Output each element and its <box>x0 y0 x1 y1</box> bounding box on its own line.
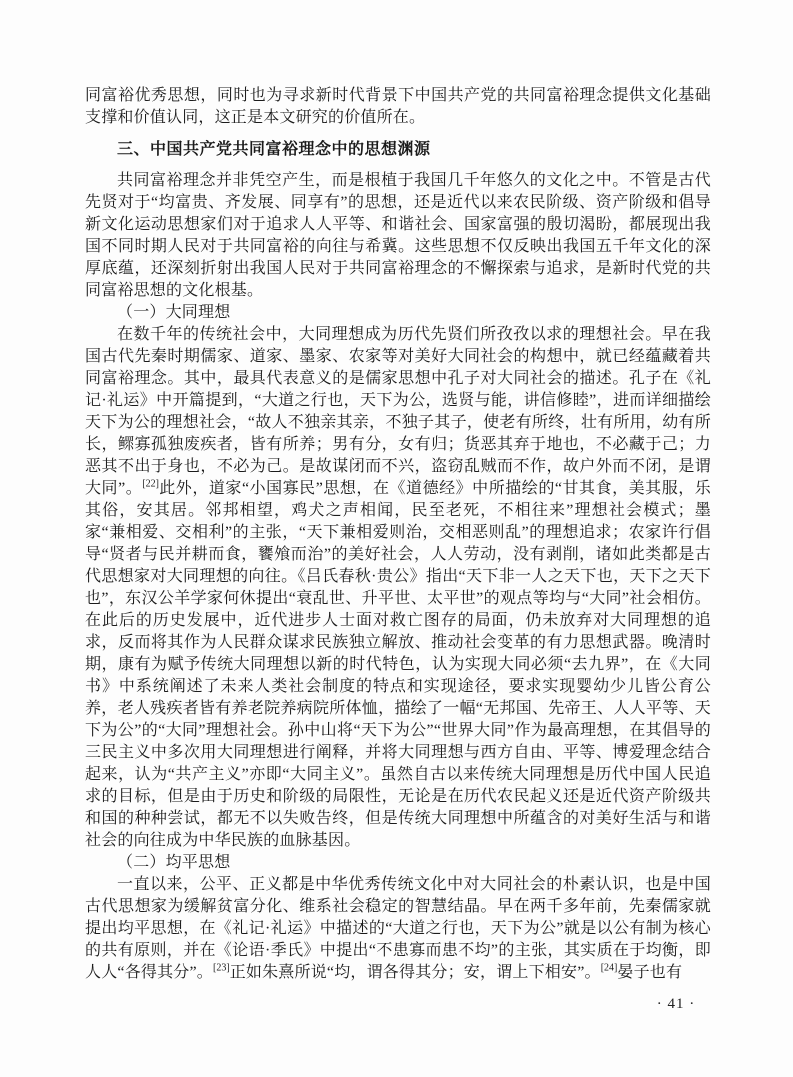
citation-ref-24: [24] <box>601 963 618 974</box>
citation-ref-23: [23] <box>213 963 230 974</box>
section-heading: 三、中国共产党共同富裕理念中的思想渊源 <box>85 139 711 161</box>
intro-paragraph: 共同富裕理念并非凭空产生，而是根植于我国几千年悠久的文化之中。不管是古代先贤对于… <box>85 170 711 302</box>
subsection-1-text-b: 此外，道家“小国寡民”思想，在《道德经》中所描绘的“甘其食，美其服，乐其俗，安其… <box>85 480 711 849</box>
page-number: · 41 · <box>638 995 714 1013</box>
document-page: 同富裕优秀思想，同时也为寻求新时代背景下中国共产党的共同富裕理念提供文化基础支撑… <box>0 0 793 1077</box>
subsection-1-text-a: 在数千年的传统社会中，大同理想成为历代先贤们所孜孜以求的理想社会。早在我国古代先… <box>85 326 711 497</box>
subsection-2-title: （二）均平思想 <box>85 852 711 874</box>
subsection-2-text-c: 晏子也有 <box>617 964 682 981</box>
citation-ref-22: [22] <box>142 479 159 490</box>
article-body: 同富裕优秀思想，同时也为寻求新时代背景下中国共产党的共同富裕理念提供文化基础支撑… <box>85 85 711 984</box>
subsection-2-text-b: 正如朱熹所说“均，谓各得其分；安，谓上下相安”。 <box>230 964 601 981</box>
continuation-paragraph: 同富裕优秀思想，同时也为寻求新时代背景下中国共产党的共同富裕理念提供文化基础支撑… <box>85 85 711 129</box>
subsection-1-title: （一）大同理想 <box>85 302 711 324</box>
subsection-2-paragraph: 一直以来，公平、正义都是中华优秀传统文化中对大同社会的朴素认识，也是中国古代思想… <box>85 874 711 984</box>
subsection-1-paragraph: 在数千年的传统社会中，大同理想成为历代先贤们所孜孜以求的理想社会。早在我国古代先… <box>85 324 711 852</box>
